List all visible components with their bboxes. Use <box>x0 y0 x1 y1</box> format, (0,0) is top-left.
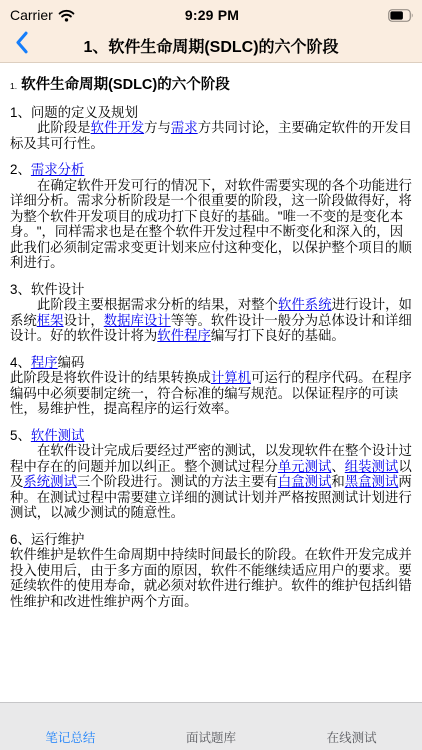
tab-bar: 笔记总结 面试题库 在线测试 <box>0 702 422 750</box>
paragraph: 此阶段是软件开发方与需求方共同讨论，主要确定软件的开发目标及其可行性。 <box>10 120 412 151</box>
battery-icon <box>388 9 414 22</box>
text-link[interactable]: 软件程序 <box>157 328 211 343</box>
text-run: 编码 <box>58 355 85 370</box>
text-link[interactable]: 计算机 <box>211 370 251 385</box>
text-run: 方与 <box>144 120 171 135</box>
section: 6、运行维护软件维护是软件生命周期中持续时间最长的阶段。在软件开发完成并投入使用… <box>10 532 412 610</box>
text-run: 2、 <box>10 162 31 177</box>
text-link[interactable]: 黑盒测试 <box>345 474 399 489</box>
section: 5、软件测试在软件设计完成后要经过严密的测试，以发现软件在整个设计过程中存在的问… <box>10 428 412 521</box>
text-run: 3、软件设计 <box>10 282 84 297</box>
text-run: 编写打下良好的基础。 <box>211 328 345 343</box>
text-run: 设计， <box>64 313 104 328</box>
text-run: 和 <box>331 474 344 489</box>
section: 3、软件设计此阶段主要根据需求分析的结果，对整个软件系统进行设计，如系统框架设计… <box>10 282 412 344</box>
text-run: 此阶段是将软件设计的结果转换成 <box>10 370 211 385</box>
status-bar: Carrier 9:29 PM <box>0 0 422 28</box>
text-run: 三个阶段进行。测试的方法主要有 <box>77 474 278 489</box>
paragraph: 软件维护是软件生命周期中持续时间最长的阶段。在软件开发完成并投入使用后，由于多方… <box>10 547 412 609</box>
text-link[interactable]: 需求分析 <box>31 162 85 177</box>
status-bar-right <box>239 9 414 22</box>
app-screen: Carrier 9:29 PM <box>0 0 422 750</box>
tab-notes-summary[interactable]: 笔记总结 <box>0 703 141 750</box>
tab-label: 面试题库 <box>186 728 236 746</box>
paragraph: 此阶段主要根据需求分析的结果，对整个软件系统进行设计，如系统框架设计，数据库设计… <box>10 297 412 344</box>
status-bar-left: Carrier <box>10 7 185 23</box>
heading-text: 软件生命周期(SDLC)的六个阶段 <box>21 77 230 93</box>
back-chevron-icon <box>15 31 28 59</box>
tab-label: 笔记总结 <box>45 728 95 746</box>
section: 1、问题的定义及规划此阶段是软件开发方与需求方共同讨论，主要确定软件的开发目标及… <box>10 105 412 152</box>
sections-container: 1、问题的定义及规划此阶段是软件开发方与需求方共同讨论，主要确定软件的开发目标及… <box>10 105 412 610</box>
back-button[interactable] <box>11 32 31 58</box>
section-title: 5、软件测试 <box>10 428 412 444</box>
tab-interview-questions[interactable]: 面试题库 <box>141 703 282 750</box>
text-link[interactable]: 软件系统 <box>278 297 332 312</box>
document-heading: 1.软件生命周期(SDLC)的六个阶段 <box>10 77 412 95</box>
text-run: 此阶段主要根据需求分析的结果，对整个 <box>37 297 278 312</box>
text-run: 5、 <box>10 428 31 443</box>
section-title: 2、需求分析 <box>10 162 412 178</box>
paragraph: 在确定软件开发可行的情况下，对软件需要实现的各个功能进行详细分析。需求分析阶段是… <box>10 178 412 271</box>
text-run: 4、 <box>10 355 31 370</box>
text-link[interactable]: 白盒测试 <box>278 474 332 489</box>
text-link[interactable]: 需求 <box>171 120 198 135</box>
section-title: 6、运行维护 <box>10 532 412 548</box>
text-run: 6、运行维护 <box>10 532 84 547</box>
clock: 9:29 PM <box>185 7 239 23</box>
tab-label: 在线测试 <box>327 728 377 746</box>
text-link[interactable]: 框架 <box>37 313 64 328</box>
text-link[interactable]: 单元测试 <box>278 459 332 474</box>
document-content: 1.软件生命周期(SDLC)的六个阶段 1、问题的定义及规划此阶段是软件开发方与… <box>0 63 422 750</box>
section-title: 4、程序编码 <box>10 355 412 371</box>
navigation-bar: 1、软件生命周期(SDLC)的六个阶段 <box>0 28 422 62</box>
text-run: 、 <box>331 459 344 474</box>
text-link[interactable]: 组装测试 <box>345 459 399 474</box>
page-title: 1、软件生命周期(SDLC)的六个阶段 <box>10 34 412 57</box>
text-run: 在确定软件开发可行的情况下，对软件需要实现的各个功能进行详细分析。需求分析阶段是… <box>10 178 412 271</box>
paragraph: 此阶段是将软件设计的结果转换成计算机可运行的程序代码。在程序编码中必须要制定统一… <box>10 370 412 417</box>
text-link[interactable]: 程序 <box>31 355 58 370</box>
section-title: 3、软件设计 <box>10 282 412 298</box>
wifi-icon <box>58 8 75 22</box>
text-run: 软件维护是软件生命周期中持续时间最长的阶段。在软件开发完成并投入使用后，由于多方… <box>10 547 412 609</box>
text-link[interactable]: 软件测试 <box>31 428 85 443</box>
section: 2、需求分析在确定软件开发可行的情况下，对软件需要实现的各个功能进行详细分析。需… <box>10 162 412 271</box>
section-title: 1、问题的定义及规划 <box>10 105 412 121</box>
paragraph: 在软件设计完成后要经过严密的测试，以发现软件在整个设计过程中存在的问题并加以纠正… <box>10 443 412 521</box>
top-chrome: Carrier 9:29 PM <box>0 0 422 63</box>
text-link[interactable]: 系统测试 <box>23 474 77 489</box>
carrier-label: Carrier <box>10 7 53 23</box>
text-run: 1、问题的定义及规划 <box>10 105 138 120</box>
text-run: 此阶段是 <box>37 120 91 135</box>
section: 4、程序编码此阶段是将软件设计的结果转换成计算机可运行的程序代码。在程序编码中必… <box>10 355 412 417</box>
text-link[interactable]: 软件开发 <box>91 120 145 135</box>
tab-online-test[interactable]: 在线测试 <box>281 703 422 750</box>
text-link[interactable]: 数据库设计 <box>104 313 171 328</box>
heading-list-marker: 1. <box>10 81 17 91</box>
